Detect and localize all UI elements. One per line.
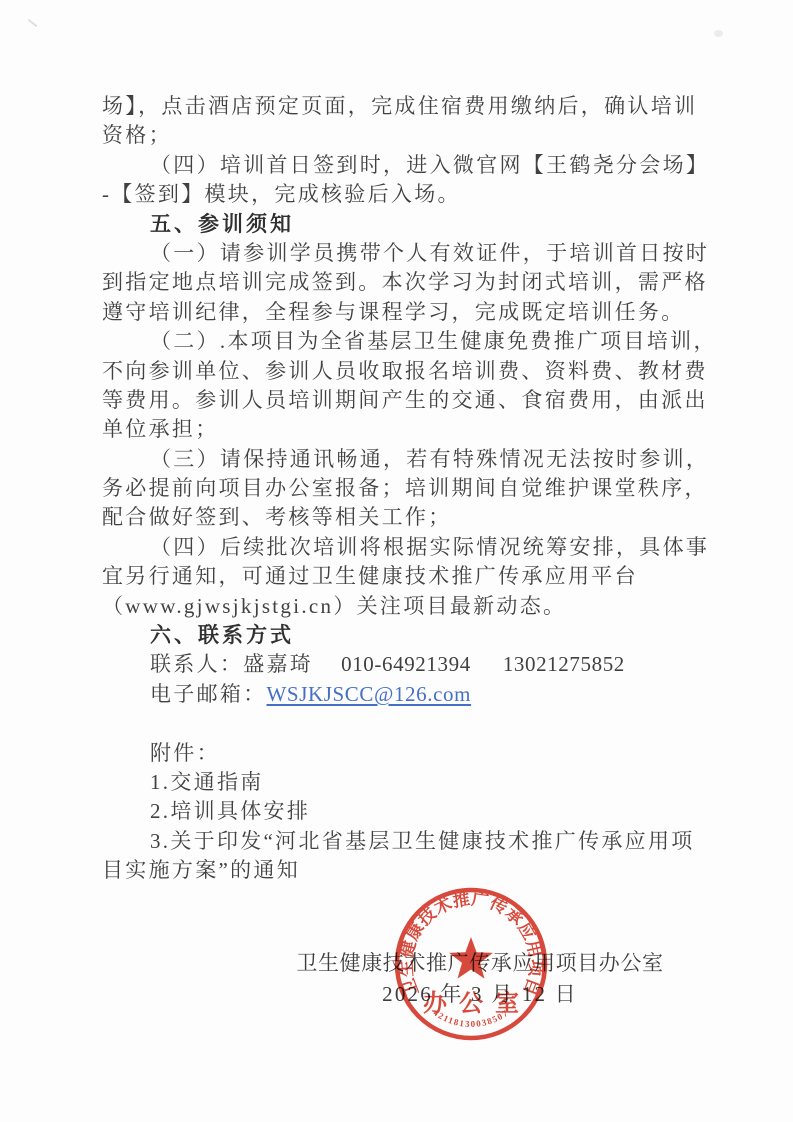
- text-line: （www.gjwsjkjstgi.cn）关注项目最新动态。: [102, 592, 742, 621]
- text-line: 附件：: [102, 739, 742, 768]
- text-line: 目实施方案”的通知: [102, 856, 742, 885]
- text-line: 联系人：盛嘉琦010-6492139413021275852: [102, 650, 742, 679]
- issuing-office: 卫生健康技术推广传承应用项目办公室: [240, 948, 720, 978]
- text-line: 配合做好签到、考核等相关工作；: [102, 503, 742, 532]
- text-line: 等费用。参训人员培训期间产生的交通、食宿费用，由派出: [102, 386, 742, 415]
- text-line: 不向参训单位、参训人员收取报名培训费、资料费、教材费: [102, 357, 742, 386]
- scan-artifact: [28, 19, 38, 27]
- signature-block: 卫生健康技术推广传承应用项目办公室 2026 年 3 月 12 日: [240, 948, 720, 1010]
- text-line: （四）后续批次培训将根据实际情况统筹安排，具体事: [102, 533, 742, 562]
- section-heading: 五、参训须知: [102, 210, 742, 239]
- issue-date: 2026 年 3 月 12 日: [240, 978, 720, 1010]
- text-line: 1.交通指南: [102, 768, 742, 797]
- text-span: 010-64921394: [341, 652, 471, 676]
- seal-number: 42118130038507: [431, 1007, 510, 1029]
- scan-artifact: [714, 30, 723, 37]
- text-line: （四）培训首日签到时，进入微官网【王鹤尧分会场】: [102, 151, 742, 180]
- text-line: 2.培训具体安排: [102, 797, 742, 826]
- scanned-document-page: 场】，点击酒店预定页面，完成住宿费用缴纳后，确认培训资格；（四）培训首日签到时，…: [0, 0, 793, 1122]
- text-line: （三）请保持通讯畅通，若有特殊情况无法按时参训，: [102, 445, 742, 474]
- blank-line: [102, 709, 742, 738]
- text-span: 13021275852: [503, 652, 625, 676]
- section-heading: 六、联系方式: [102, 621, 742, 650]
- text-line: （一）请参训学员携带个人有效证件，于培训首日按时: [102, 239, 742, 268]
- text-line: 电子邮箱：WSJKJSCC@126.com: [102, 680, 742, 709]
- text-line: 单位承担；: [102, 415, 742, 444]
- text-line: 宜另行通知，可通过卫生健康技术推广传承应用平台: [102, 562, 742, 591]
- text-line: 3.关于印发“河北省基层卫生健康技术推广传承应用项: [102, 827, 742, 856]
- text-span: 电子邮箱：: [150, 682, 267, 706]
- text-line: 场】，点击酒店预定页面，完成住宿费用缴纳后，确认培训: [102, 92, 742, 121]
- svg-text:42118130038507: 42118130038507: [431, 1007, 510, 1029]
- email-link[interactable]: WSJKJSCC@126.com: [267, 682, 472, 706]
- text-line: 资格；: [102, 121, 742, 150]
- document-body: 场】，点击酒店预定页面，完成住宿费用缴纳后，确认培训资格；（四）培训首日签到时，…: [102, 92, 742, 886]
- text-line: -【签到】模块，完成核验后入场。: [102, 180, 742, 209]
- text-line: 遵守培训纪律，全程参与课程学习，完成既定培训任务。: [102, 298, 742, 327]
- text-line: 务必提前向项目办公室报备；培训期间自觉维护课堂秩序，: [102, 474, 742, 503]
- text-line: 到指定地点培训完成签到。本次学习为封闭式培训，需严格: [102, 268, 742, 297]
- text-line: （二）.本项目为全省基层卫生健康免费推广项目培训，: [102, 327, 742, 356]
- text-span: 联系人：盛嘉琦: [150, 652, 313, 676]
